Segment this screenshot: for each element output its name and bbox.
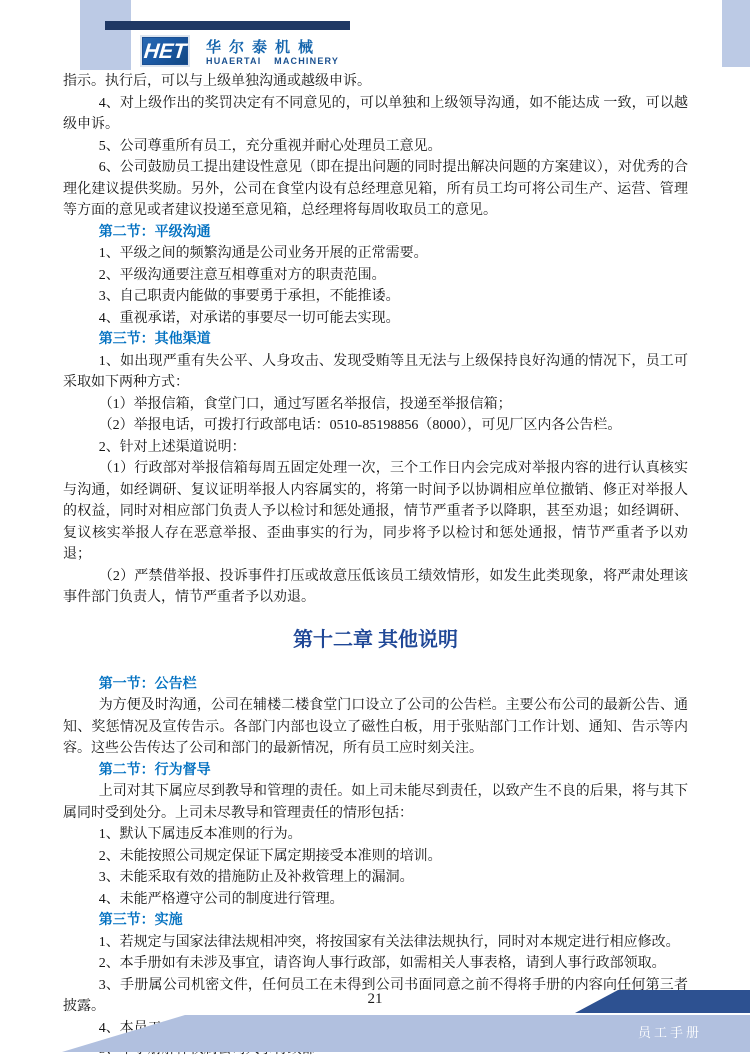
paragraph: 2、本手册如有未涉及事宜，请咨询人事行政部，如需相关人事表格，请到人事行政部领取… [63, 953, 688, 975]
paragraph: 指示。执行后，可以与上级单独沟通或越级申诉。 [63, 71, 688, 93]
paragraph: 1、若规定与国家法律法规相冲突，将按国家有关法律法规执行，同时对本规定进行相应修… [63, 932, 688, 954]
paragraph: 1、默认下属违反本准则的行为。 [63, 824, 688, 846]
logo-het-monogram: HET [143, 41, 187, 62]
paragraph: 2、针对上述渠道说明： [63, 437, 688, 459]
content-blocks: 指示。执行后，可以与上级单独沟通或越级申诉。4、对上级作出的奖罚决定有不同意见的… [63, 71, 688, 1056]
company-name-cn: 华尔泰机械 [206, 36, 321, 57]
section-heading: 第三节：其他渠道 [63, 329, 688, 351]
paragraph: （1）举报信箱，食堂门口，通过写匿名举报信，投递至举报信箱； [63, 394, 688, 416]
paragraph: 5、公司尊重所有员工，充分重视并耐心处理员工意见。 [63, 136, 688, 158]
company-logo: HET [140, 35, 190, 67]
section-heading: 第三节：实施 [63, 910, 688, 932]
paragraph: 3、未能采取有效的措施防止及补救管理上的漏洞。 [63, 867, 688, 889]
document-page: HET 华尔泰机械 HUAERTAI MACHINERY 指示。执行后，可以与上… [0, 0, 750, 1056]
paragraph: 上司对其下属应尽到教导和管理的责任。如上司未能尽到责任，以致产生不良的后果，将与… [63, 781, 688, 824]
paragraph: 为方便及时沟通，公司在辅楼二楼食堂门口设立了公司的公告栏。主要公布公司的最新公告… [63, 695, 688, 760]
chapter-heading: 第十二章 其他说明 [63, 626, 688, 654]
paragraph: 4、对上级作出的奖罚决定有不同意见的，可以单独和上级领导沟通，如不能达成 一致，… [63, 93, 688, 136]
paragraph: 6、公司鼓励员工提出建设性意见（即在提出问题的同时提出解决问题的方案建议），对优… [63, 157, 688, 222]
section-heading: 第二节：平级沟通 [63, 222, 688, 244]
paragraph: （2）严禁借举报、投诉事件打压或故意压低该员工绩效情形，如发生此类现象，将严肃处… [63, 566, 688, 609]
footer-label: 员工手册 [638, 1022, 702, 1041]
section-heading: 第一节：公告栏 [63, 674, 688, 696]
header-accent-right-rect [722, 0, 750, 67]
paragraph: 4、重视承诺，对承诺的事要尽一切可能去实现。 [63, 308, 688, 330]
paragraph: 1、平级之间的频繁沟通是公司业务开展的正常需要。 [63, 243, 688, 265]
paragraph: （2）举报电话，可拨打行政部电话：0510-85198856（8000），可见厂… [63, 415, 688, 437]
paragraph: 4、未能严格遵守公司的制度进行管理。 [63, 889, 688, 911]
section-heading: 第二节：行为督导 [63, 760, 688, 782]
paragraph: 3、自己职责内能做的事要勇于承担，不能推诿。 [63, 286, 688, 308]
paragraph: 1、如出现严重有失公平、人身攻击、发现受贿等且无法与上级保持良好沟通的情况下，员… [63, 351, 688, 394]
paragraph: （1）行政部对举报信箱每周五固定处理一次，三个工作日内会完成对举报内容的进行认真… [63, 458, 688, 566]
paragraph: 2、未能按照公司规定保证下属定期接受本准则的培训。 [63, 846, 688, 868]
header-rule-bar [105, 21, 350, 30]
header-accent-left-rect [80, 0, 131, 70]
company-name-en: HUAERTAI MACHINERY [206, 56, 339, 66]
paragraph: 2、平级沟通要注意互相尊重对方的职责范围。 [63, 265, 688, 287]
